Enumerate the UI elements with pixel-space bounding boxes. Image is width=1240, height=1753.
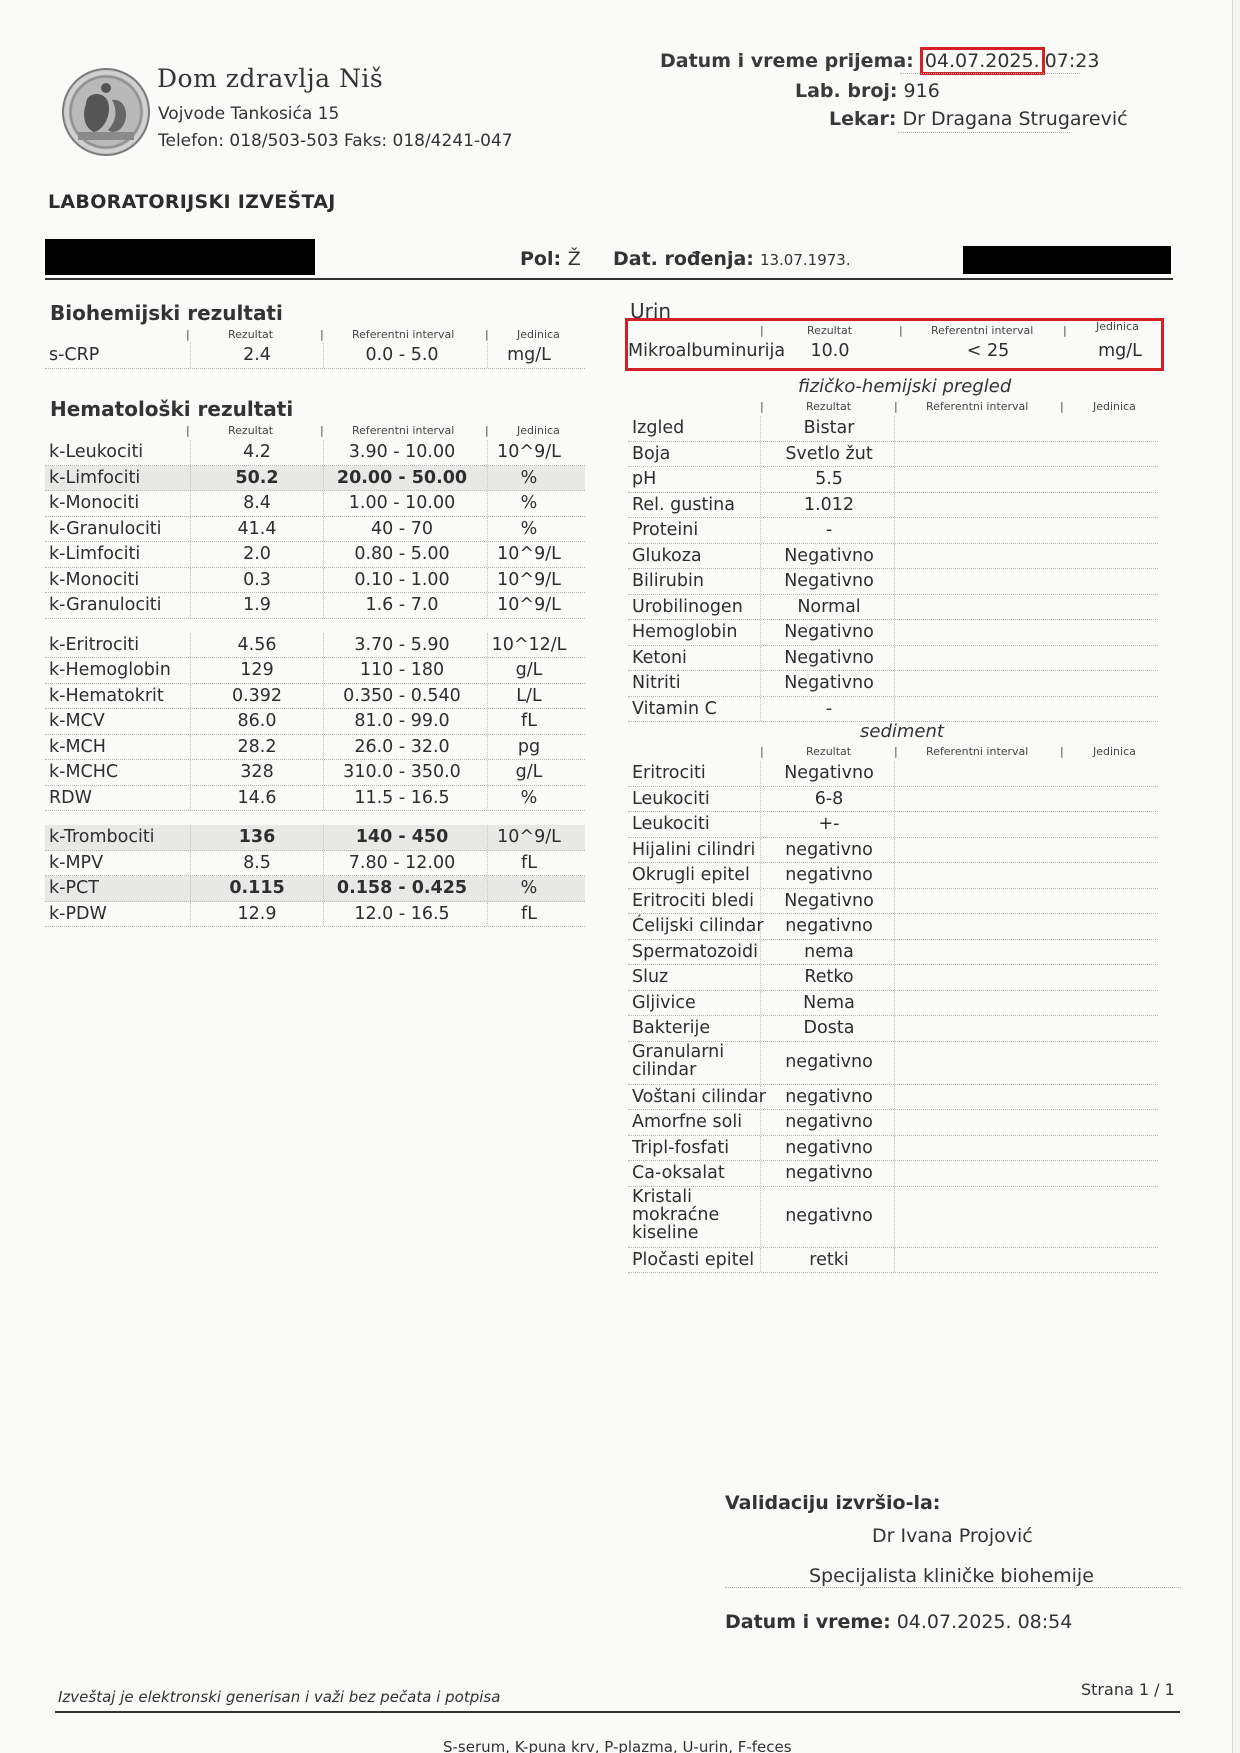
table-row: Eritrociti blediNegativno: [628, 889, 1158, 915]
table-row: Rel. gustina1.012: [628, 493, 1158, 519]
column-divider: [894, 416, 895, 441]
column-divider: [894, 812, 895, 837]
column-divider: [760, 838, 761, 863]
test-unit: %: [521, 788, 538, 808]
test-result: -: [826, 520, 832, 540]
test-result: 1.9: [243, 595, 271, 615]
table-row: Leukociti6-8: [628, 787, 1158, 813]
column-divider: [760, 416, 761, 441]
test-result: 14.6: [238, 788, 277, 808]
validation-label: Validaciju izvršio-la:: [725, 1492, 940, 1514]
test-result: nema: [804, 942, 854, 962]
column-divider: [760, 863, 761, 888]
column-divider: [894, 467, 895, 492]
test-result: negativno: [785, 1052, 873, 1072]
column-divider: [760, 442, 761, 467]
test-name: k-Granulociti: [49, 519, 162, 539]
test-result: negativno: [785, 1163, 873, 1183]
col-unit: Jedinica: [1096, 320, 1139, 333]
test-name: k-Limfociti: [49, 468, 140, 488]
column-divider: [760, 569, 761, 594]
column-divider: [323, 466, 324, 491]
column-divider: [894, 1136, 895, 1161]
column-divider: [323, 851, 324, 876]
validator-title: Specijalista kliničke biohemije: [809, 1565, 1094, 1587]
hematology-section-title: Hematološki rezultati: [50, 397, 293, 421]
sediment-column-headers: | Rezultat | Referentni interval | Jedin…: [628, 745, 1158, 759]
test-name: s-CRP: [49, 345, 99, 365]
test-result: 8.5: [243, 853, 271, 873]
electronic-report-disclaimer: Izveštaj je elektronski generisan i važi…: [58, 1688, 500, 1706]
test-result: Negativno: [784, 763, 874, 783]
column-divider: [323, 709, 324, 734]
test-result: 129: [240, 660, 273, 680]
dotted-rule: [725, 1587, 1181, 1588]
table-row: s-CRP2.40.0 - 5.0mg/L: [45, 343, 585, 369]
col-reference: Referentni interval: [931, 324, 1033, 337]
test-result: 5.5: [815, 469, 843, 489]
specimen-legend: S-serum, K-puna krv, P-plazma, U-urin, F…: [443, 1738, 792, 1753]
test-unit: g/L: [516, 762, 543, 782]
test-name: Nitriti: [632, 673, 681, 693]
doctor-name: Dr Dragana Strugarević: [902, 108, 1127, 130]
admission-time: 07:23: [1045, 50, 1100, 72]
column-divider: [323, 343, 324, 368]
column-divider: [487, 851, 488, 876]
test-result: negativno: [785, 1112, 873, 1132]
column-divider: [760, 544, 761, 569]
group-spacer: [45, 619, 585, 633]
redacted-patient-name: [45, 239, 315, 275]
table-row: k-MPV8.57.80 - 12.00fL: [45, 851, 585, 877]
table-row-flagged: k-Limfociti50.220.00 - 50.00%: [45, 466, 585, 492]
admission-date-highlight: 04.07.2025.: [920, 47, 1045, 75]
column-divider: [894, 646, 895, 671]
test-reference: 26.0 - 32.0: [354, 737, 449, 757]
column-divider: [190, 760, 191, 785]
test-name: Leukociti: [632, 814, 710, 834]
table-row: SluzRetko: [628, 965, 1158, 991]
test-result: negativno: [785, 1087, 873, 1107]
test-result: Negativno: [784, 571, 874, 591]
table-row: IzgledBistar: [628, 416, 1158, 442]
table-row: Granularni cilindarnegativno: [628, 1042, 1158, 1085]
column-divider: [487, 343, 488, 368]
column-divider: [894, 914, 895, 939]
doctor-label: Lekar:: [829, 108, 896, 130]
table-row: Tripl-fosfatinegativno: [628, 1136, 1158, 1162]
table-row-flagged: k-PCT0.1150.158 - 0.425%: [45, 876, 585, 902]
test-result: Svetlo žut: [785, 444, 872, 464]
test-result: 8.4: [243, 493, 271, 513]
column-divider: [190, 684, 191, 709]
test-name: k-Leukociti: [49, 442, 143, 462]
table-row: k-PDW12.912.0 - 16.5fL: [45, 902, 585, 928]
column-divider: [190, 825, 191, 850]
test-name: k-Granulociti: [49, 595, 162, 615]
sex-label: Pol:: [520, 248, 561, 270]
health-center-logo-icon: [62, 68, 150, 156]
test-unit: 10^9/L: [497, 544, 561, 564]
dotted-rule: [898, 132, 1070, 133]
test-name: Glukoza: [632, 546, 702, 566]
test-name: Amorfne soli: [632, 1112, 742, 1132]
col-reference: Referentni interval: [352, 424, 454, 437]
test-name: Ca-oksalat: [632, 1163, 725, 1183]
column-divider: [487, 542, 488, 567]
table-row: k-Granulociti41.440 - 70%: [45, 517, 585, 543]
column-divider: [894, 518, 895, 543]
test-name: Ćelijski cilindar: [632, 916, 764, 936]
column-divider: [760, 1161, 761, 1186]
test-unit: %: [521, 878, 538, 898]
test-reference: 40 - 70: [371, 519, 433, 539]
table-row: k-Monociti0.30.10 - 1.0010^9/L: [45, 568, 585, 594]
patient-sex: Pol: Ž: [520, 248, 581, 270]
test-result: Retko: [804, 967, 853, 987]
lab-number-label: Lab. broj:: [795, 80, 898, 102]
col-reference: Referentni interval: [352, 328, 454, 341]
column-divider: [190, 466, 191, 491]
column-divider: [323, 517, 324, 542]
column-divider: [894, 569, 895, 594]
table-row: BakterijeDosta: [628, 1016, 1158, 1042]
admission-datetime: Datum i vreme prijema: 04.07.2025.07:23: [660, 50, 1099, 72]
column-divider: [894, 671, 895, 696]
physchem-table: IzgledBistarBojaSvetlo žutpH5.5Rel. gust…: [628, 416, 1158, 722]
test-name: Eritrociti bledi: [632, 891, 754, 911]
hematology-column-headers: | Rezultat | Referentni interval | Jedin…: [45, 424, 585, 438]
table-row: pH5.5: [628, 467, 1158, 493]
table-row: k-Limfociti2.00.80 - 5.0010^9/L: [45, 542, 585, 568]
column-divider: [190, 876, 191, 901]
column-divider: [190, 593, 191, 618]
test-result: 0.392: [232, 686, 282, 706]
test-result: 0.3: [243, 570, 271, 590]
column-divider: [323, 786, 324, 811]
test-name: k-MCV: [49, 711, 105, 731]
column-divider: [190, 542, 191, 567]
column-divider: [190, 709, 191, 734]
column-divider: [760, 518, 761, 543]
col-unit: Jedinica: [517, 424, 560, 437]
test-name: Spermatozoidi: [632, 942, 758, 962]
test-result: 6-8: [815, 789, 844, 809]
table-row: GljiviceNema: [628, 991, 1158, 1017]
dob-value: 13.07.1973.: [760, 251, 851, 269]
footer-divider: [55, 1711, 1180, 1713]
test-name: Eritrociti: [632, 763, 706, 783]
column-divider: [323, 658, 324, 683]
test-reference: 3.90 - 10.00: [349, 442, 456, 462]
test-result: Negativno: [784, 648, 874, 668]
column-divider: [894, 595, 895, 620]
test-unit: fL: [521, 711, 537, 731]
column-divider: [190, 735, 191, 760]
test-name: k-PDW: [49, 904, 107, 924]
test-result: Negativno: [784, 891, 874, 911]
test-result: 50.2: [235, 468, 278, 488]
table-row: BilirubinNegativno: [628, 569, 1158, 595]
test-unit: mg/L: [507, 345, 551, 365]
test-unit: L/L: [516, 686, 541, 706]
test-result: Bistar: [804, 418, 855, 438]
table-row: Okrugli epitelnegativno: [628, 863, 1158, 889]
test-result: 4.56: [238, 635, 277, 655]
column-divider: [894, 863, 895, 888]
column-divider: [894, 787, 895, 812]
table-row: k-Leukociti4.23.90 - 10.0010^9/L: [45, 440, 585, 466]
test-unit: 10^9/L: [497, 442, 561, 462]
table-row-flagged: k-Trombociti136140 - 45010^9/L: [45, 825, 585, 851]
column-divider: [487, 684, 488, 709]
test-name: k-Trombociti: [49, 827, 155, 847]
column-divider: [190, 786, 191, 811]
biochem-table: s-CRP2.40.0 - 5.0mg/L: [45, 343, 585, 369]
test-unit: 10^9/L: [497, 827, 561, 847]
test-name: k-Hematokrit: [49, 686, 164, 706]
test-result: Negativno: [784, 622, 874, 642]
column-divider: [760, 646, 761, 671]
column-divider: [894, 1016, 895, 1041]
sex-value: Ž: [568, 248, 581, 270]
test-name: Mikroalbuminurija: [628, 341, 785, 361]
column-divider: [894, 1085, 895, 1110]
column-divider: [323, 760, 324, 785]
column-divider: [894, 1161, 895, 1186]
admission-date: 04.07.2025.: [925, 50, 1040, 72]
column-divider: [894, 1248, 895, 1273]
test-reference: 0.10 - 1.00: [354, 570, 449, 590]
page-number: Strana 1 / 1: [1081, 1680, 1175, 1699]
column-divider: [190, 902, 191, 927]
test-result: Negativno: [784, 546, 874, 566]
test-result: Normal: [797, 597, 860, 617]
table-row: k-Eritrociti4.563.70 - 5.9010^12/L: [45, 633, 585, 659]
admission-label: Datum i vreme prijema:: [660, 50, 914, 72]
column-divider: [323, 593, 324, 618]
test-name: Vitamin C: [632, 699, 717, 719]
table-row: Proteini-: [628, 518, 1158, 544]
test-name: Hemoglobin: [632, 622, 737, 642]
column-divider: [894, 940, 895, 965]
column-divider: [323, 440, 324, 465]
test-name: Izgled: [632, 418, 684, 438]
test-result: -: [826, 699, 832, 719]
column-divider: [760, 697, 761, 722]
header-divider: [45, 278, 1173, 280]
test-reference: 1.6 - 7.0: [365, 595, 438, 615]
test-name: Sluz: [632, 967, 668, 987]
test-name: k-MCH: [49, 737, 106, 757]
test-result: negativno: [785, 916, 873, 936]
column-divider: [894, 442, 895, 467]
biochem-column-headers: | Rezultat | Referentni interval | Jedin…: [45, 328, 585, 342]
test-result: negativno: [785, 840, 873, 860]
patient-dob: Dat. rođenja: 13.07.1973.: [613, 248, 851, 270]
table-row: k-MCH28.226.0 - 32.0pg: [45, 735, 585, 761]
column-divider: [323, 684, 324, 709]
column-divider: [760, 671, 761, 696]
test-unit: fL: [521, 853, 537, 873]
column-divider: [323, 542, 324, 567]
test-name: Tripl-fosfati: [632, 1138, 729, 1158]
col-reference: Referentni interval: [926, 745, 1028, 758]
test-name: Okrugli epitel: [632, 865, 750, 885]
test-unit: 10^9/L: [497, 595, 561, 615]
column-divider: [760, 1110, 761, 1135]
dob-label: Dat. rođenja:: [613, 248, 754, 270]
test-unit: g/L: [516, 660, 543, 680]
column-divider: [894, 544, 895, 569]
column-divider: [487, 466, 488, 491]
column-divider: [487, 517, 488, 542]
test-reference: 310.0 - 350.0: [343, 762, 461, 782]
test-name: Bilirubin: [632, 571, 704, 591]
test-name: RDW: [49, 788, 92, 808]
column-divider: [190, 851, 191, 876]
test-result: 2.4: [243, 345, 271, 365]
test-name: Boja: [632, 444, 670, 464]
column-divider: [760, 1136, 761, 1161]
test-result: 10.0: [811, 341, 850, 361]
test-name: Kristali mokraćne kiseline: [632, 1188, 782, 1242]
sediment-subtitle: sediment: [860, 721, 944, 742]
col-result: Rezultat: [807, 324, 852, 337]
test-unit: %: [521, 519, 538, 539]
organization-phone-fax: Telefon: 018/503-503 Faks: 018/4241-047: [158, 131, 513, 151]
table-row: Pločasti epitelretki: [628, 1248, 1158, 1274]
column-divider: [760, 595, 761, 620]
col-result: Rezultat: [228, 328, 273, 341]
column-divider: [894, 889, 895, 914]
table-row: UrobilinogenNormal: [628, 595, 1158, 621]
column-divider: [894, 838, 895, 863]
col-unit: Jedinica: [1093, 400, 1136, 413]
test-result: negativno: [785, 865, 873, 885]
table-row: Hijalini cilindrinegativno: [628, 838, 1158, 864]
test-reference: 3.70 - 5.90: [354, 635, 449, 655]
column-divider: [487, 658, 488, 683]
table-row: KetoniNegativno: [628, 646, 1158, 672]
test-name: pH: [632, 469, 656, 489]
test-reference: 0.0 - 5.0: [365, 345, 438, 365]
validation-date-value: 04.07.2025. 08:54: [897, 1611, 1073, 1633]
column-divider: [323, 735, 324, 760]
physchem-column-headers: | Rezultat | Referentni interval | Jedin…: [628, 400, 1158, 414]
test-name: k-Limfociti: [49, 544, 140, 564]
column-divider: [190, 633, 191, 658]
column-divider: [760, 787, 761, 812]
test-reference: 0.158 - 0.425: [337, 878, 467, 898]
column-divider: [190, 343, 191, 368]
test-result: Dosta: [804, 1018, 855, 1038]
column-divider: [487, 876, 488, 901]
test-reference: 0.80 - 5.00: [354, 544, 449, 564]
column-divider: [760, 467, 761, 492]
column-divider: [190, 658, 191, 683]
column-divider: [323, 902, 324, 927]
column-divider: [323, 825, 324, 850]
test-unit: fL: [521, 904, 537, 924]
test-name: Ketoni: [632, 648, 687, 668]
organization-address: Vojvode Tankosića 15: [158, 104, 339, 124]
test-name: Gljivice: [632, 993, 696, 1013]
column-divider: [487, 440, 488, 465]
table-row: k-Hematokrit0.3920.350 - 0.540L/L: [45, 684, 585, 710]
referring-doctor: Lekar: Dr Dragana Strugarević: [829, 108, 1128, 130]
column-divider: [487, 786, 488, 811]
test-result: 12.9: [238, 904, 277, 924]
test-name: Granularni cilindar: [632, 1043, 782, 1079]
column-divider: [323, 876, 324, 901]
test-name: Rel. gustina: [632, 495, 735, 515]
column-divider: [894, 1187, 895, 1247]
col-result: Rezultat: [806, 400, 851, 413]
test-name: k-Monociti: [49, 570, 139, 590]
column-divider: [760, 761, 761, 786]
test-reference: 12.0 - 16.5: [354, 904, 449, 924]
test-name: k-PCT: [49, 878, 99, 898]
test-result: negativno: [785, 1138, 873, 1158]
column-divider: [894, 1042, 895, 1084]
table-row: Kristali mokraćne kiselinenegativno: [628, 1187, 1158, 1248]
test-result: 328: [240, 762, 273, 782]
table-row: Voštani cilindarnegativno: [628, 1085, 1158, 1111]
table-row: RDW14.611.5 - 16.5%: [45, 786, 585, 812]
column-divider: [894, 761, 895, 786]
hematology-table: k-Leukociti4.23.90 - 10.0010^9/Lk-Limfoc…: [45, 440, 585, 927]
column-divider: [190, 491, 191, 516]
column-divider: [894, 697, 895, 722]
col-result: Rezultat: [228, 424, 273, 437]
report-title: LABORATORIJSKI IZVEŠTAJ: [48, 191, 336, 213]
column-divider: [190, 568, 191, 593]
column-divider: [760, 1016, 761, 1041]
table-row: BojaSvetlo žut: [628, 442, 1158, 468]
table-row: k-Monociti8.41.00 - 10.00%: [45, 491, 585, 517]
test-result: 1.012: [804, 495, 854, 515]
table-row: k-Hemoglobin129110 - 180g/L: [45, 658, 585, 684]
test-reference: 1.00 - 10.00: [349, 493, 456, 513]
validation-datetime: Datum i vreme: 04.07.2025. 08:54: [725, 1611, 1072, 1633]
column-divider: [760, 812, 761, 837]
column-divider: [894, 965, 895, 990]
table-row: k-MCV86.081.0 - 99.0fL: [45, 709, 585, 735]
table-row: Amorfne solinegativno: [628, 1110, 1158, 1136]
column-divider: [760, 1248, 761, 1273]
urine-column-headers: | Rezultat | Referentni interval | Jedin…: [628, 324, 1158, 338]
table-row: HemoglobinNegativno: [628, 620, 1158, 646]
validator-name: Dr Ivana Projović: [872, 1525, 1033, 1547]
table-row: k-MCHC328310.0 - 350.0g/L: [45, 760, 585, 786]
sediment-table: EritrocitiNegativnoLeukociti6-8Leukociti…: [628, 761, 1158, 1273]
test-name: Hijalini cilindri: [632, 840, 755, 860]
test-name: k-MPV: [49, 853, 103, 873]
column-divider: [487, 633, 488, 658]
lab-number-value: 916: [904, 80, 940, 102]
column-divider: [487, 735, 488, 760]
test-reference: < 25: [967, 341, 1010, 361]
dotted-rule: [900, 73, 1080, 74]
test-result: 0.115: [229, 878, 284, 898]
column-divider: [760, 620, 761, 645]
physchem-subtitle: fizičko-hemijski pregled: [798, 376, 1011, 397]
group-spacer: [45, 811, 585, 825]
column-divider: [894, 991, 895, 1016]
test-unit: 10^9/L: [497, 570, 561, 590]
test-reference: 0.350 - 0.540: [343, 686, 461, 706]
